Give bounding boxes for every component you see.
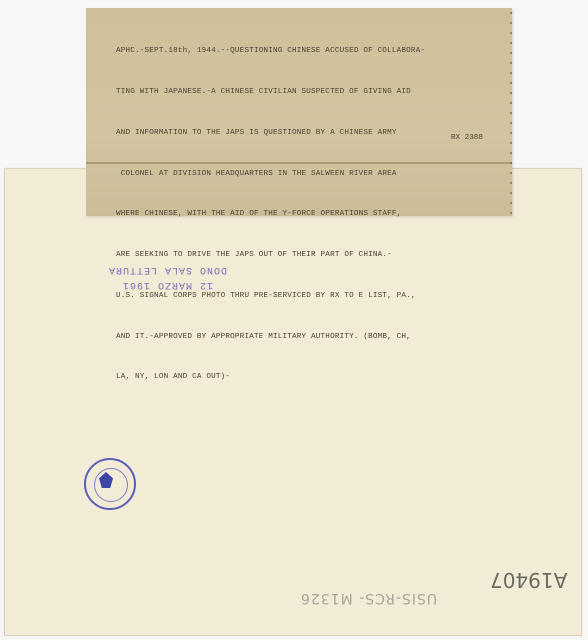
library-stamp: 12 MARZO 1961 DONO SALA LETTURA [108, 262, 227, 292]
handwritten-reference: USIS-RCS- M1326 [300, 590, 437, 606]
stamp-label: DONO SALA LETTURA [108, 262, 227, 277]
caption-line: WHERE CHINESE, WITH THE AID OF THE Y-FOR… [116, 208, 496, 222]
caption-line: ARE SEEKING TO DRIVE THE JAPS OUT OF THE… [116, 249, 496, 263]
caption-line: AND IT.-APPROVED BY APPROPRIATE MILITARY… [116, 331, 496, 345]
handwritten-catalog-number: A19407 [490, 568, 567, 592]
caption-line: COLONEL AT DIVISION HEADQUARTERS IN THE … [116, 168, 496, 182]
caption-line: AND INFORMATION TO THE JAPS IS QUESTIONE… [116, 127, 496, 141]
reference-code: RX 2388 [451, 134, 483, 142]
stamp-date: 12 MARZO 1961 [108, 277, 227, 292]
caption-text: APHC.-SEPT.18th, 1944.--QUESTIONING CHIN… [116, 18, 496, 412]
round-seal-stamp [84, 458, 136, 510]
caption-line: LA, NY, LON AND CA OUT)- [116, 371, 496, 385]
fold-crease [86, 162, 512, 164]
caption-line: APHC.-SEPT.18th, 1944.--QUESTIONING CHIN… [116, 45, 496, 59]
perforated-edge [508, 8, 514, 216]
caption-slip: APHC.-SEPT.18th, 1944.--QUESTIONING CHIN… [86, 8, 512, 216]
caption-line: TING WITH JAPANESE.-A CHINESE CIVILIAN S… [116, 86, 496, 100]
